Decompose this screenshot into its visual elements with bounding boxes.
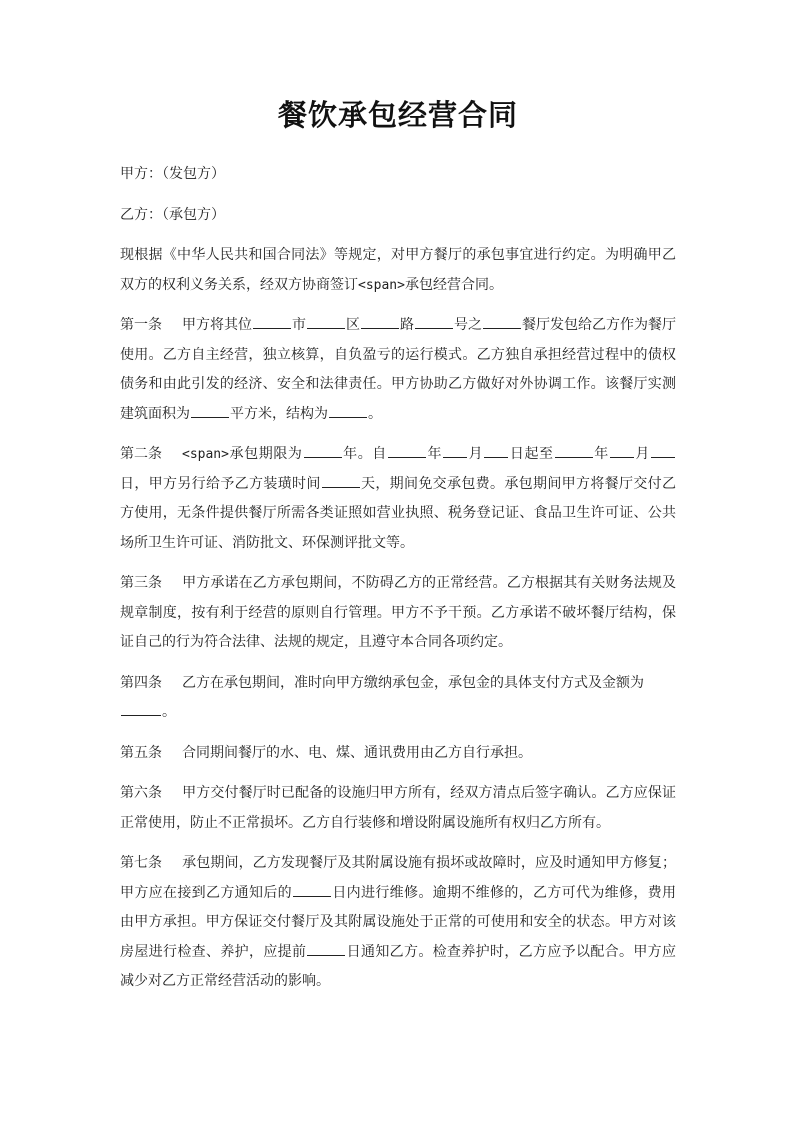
blank-structure[interactable]: [329, 403, 367, 418]
article-label: 第五条: [120, 739, 162, 769]
blank-district[interactable]: [307, 314, 345, 329]
party-a-line: 甲方：（发包方）: [120, 160, 676, 190]
article-text: 市: [292, 317, 306, 333]
article-4: 第四条乙方在承包期间，准时向甲方缴纳承包金，承包金的具体支付方式及金额为。: [120, 669, 676, 728]
article-text: 。: [162, 704, 176, 720]
party-a-label: 甲方：: [120, 166, 162, 182]
article-text: 号之: [454, 317, 482, 333]
party-a-role: （发包方）: [162, 166, 225, 182]
article-3: 第三条甲方承诺在乙方承包期间，不防碍乙方的正常经营。乙方根据其有关财务法规及规章…: [120, 569, 676, 658]
blank-end-year[interactable]: [555, 443, 593, 458]
preamble-text-end: 承包经营合同。: [405, 277, 503, 293]
article-text: 年: [427, 446, 442, 462]
article-label: 第四条: [120, 669, 162, 699]
article-2: 第二条<span>承包期限为年。自年月日起至年月日，甲方另行给予乙方装璜时间天，…: [120, 440, 676, 558]
party-b-line: 乙方：（承包方）: [120, 201, 676, 231]
article-text: 月: [635, 446, 650, 462]
blank-start-year[interactable]: [388, 443, 426, 458]
blank-repair-days[interactable]: [293, 882, 331, 897]
blank-area[interactable]: [191, 403, 229, 418]
article-text: 甲方承诺在乙方承包期间，不防碍乙方的正常经营。乙方根据其有关财务法规及规章制度，…: [120, 575, 676, 650]
blank-start-day[interactable]: [484, 443, 508, 458]
article-text: 平方米，结构为: [230, 406, 328, 422]
article-label: 第二条: [120, 440, 162, 470]
party-b-role: （承包方）: [162, 207, 225, 223]
blank-road[interactable]: [361, 314, 399, 329]
article-text: 年。自: [343, 446, 387, 462]
preamble-paragraph: 现根据《中华人民共和国合同法》等规定，对甲方餐厅的承包事宜进行约定。为明确甲乙双…: [120, 241, 676, 300]
blank-decoration-days[interactable]: [322, 473, 360, 488]
article-7: 第七条承包期间，乙方发现餐厅及其附属设施有损坏或故障时，应及时通知甲方修复；甲方…: [120, 849, 676, 997]
document-page: 餐饮承包经营合同 甲方：（发包方） 乙方：（承包方） 现根据《中华人民共和国合同…: [120, 0, 676, 997]
article-1: 第一条甲方将其位市区路号之餐厅发包给乙方作为餐厅使用。乙方自主经营，独立核算，自…: [120, 311, 676, 429]
article-text: 年: [594, 446, 609, 462]
blank-payment[interactable]: [121, 701, 161, 716]
article-text: 。: [368, 406, 382, 422]
article-label: 第七条: [120, 849, 162, 879]
article-text: 乙方在承包期间，准时向甲方缴纳承包金，承包金的具体支付方式及金额为: [182, 675, 644, 691]
blank-number[interactable]: [415, 314, 453, 329]
article-text: 甲方交付餐厅时已配备的设施归甲方所有，经双方清点后签字确认。乙方应保证正常使用，…: [120, 785, 676, 831]
article-5: 第五条合同期间餐厅的水、电、煤、通讯费用由乙方自行承担。: [120, 739, 676, 769]
blank-notice-days[interactable]: [307, 941, 345, 956]
party-b-label: 乙方：: [120, 207, 162, 223]
article-text: 甲方将其位: [182, 317, 252, 333]
article-text: 日起至: [509, 446, 553, 462]
blank-restaurant[interactable]: [483, 314, 521, 329]
blank-city[interactable]: [253, 314, 291, 329]
article-text: 合同期间餐厅的水、电、煤、通讯费用由乙方自行承担。: [182, 745, 532, 761]
article-text: 区: [346, 317, 360, 333]
article-6: 第六条甲方交付餐厅时已配备的设施归甲方所有，经双方清点后签字确认。乙方应保证正常…: [120, 779, 676, 838]
article-label: 第一条: [120, 311, 162, 341]
blank-start-month[interactable]: [443, 443, 467, 458]
span-tag-text: <span>: [358, 278, 405, 293]
blank-term-years[interactable]: [304, 443, 342, 458]
span-tag-text: <span>: [182, 447, 229, 462]
article-label: 第六条: [120, 779, 162, 809]
article-text: 月: [468, 446, 483, 462]
article-text: 承包期限为: [229, 446, 303, 462]
article-label: 第三条: [120, 569, 162, 599]
article-text: 日，甲方另行给予乙方装璜时间: [120, 476, 321, 492]
blank-end-month[interactable]: [610, 443, 634, 458]
blank-end-day[interactable]: [651, 443, 675, 458]
article-text: 路: [400, 317, 414, 333]
document-title: 餐饮承包经营合同: [120, 93, 676, 137]
